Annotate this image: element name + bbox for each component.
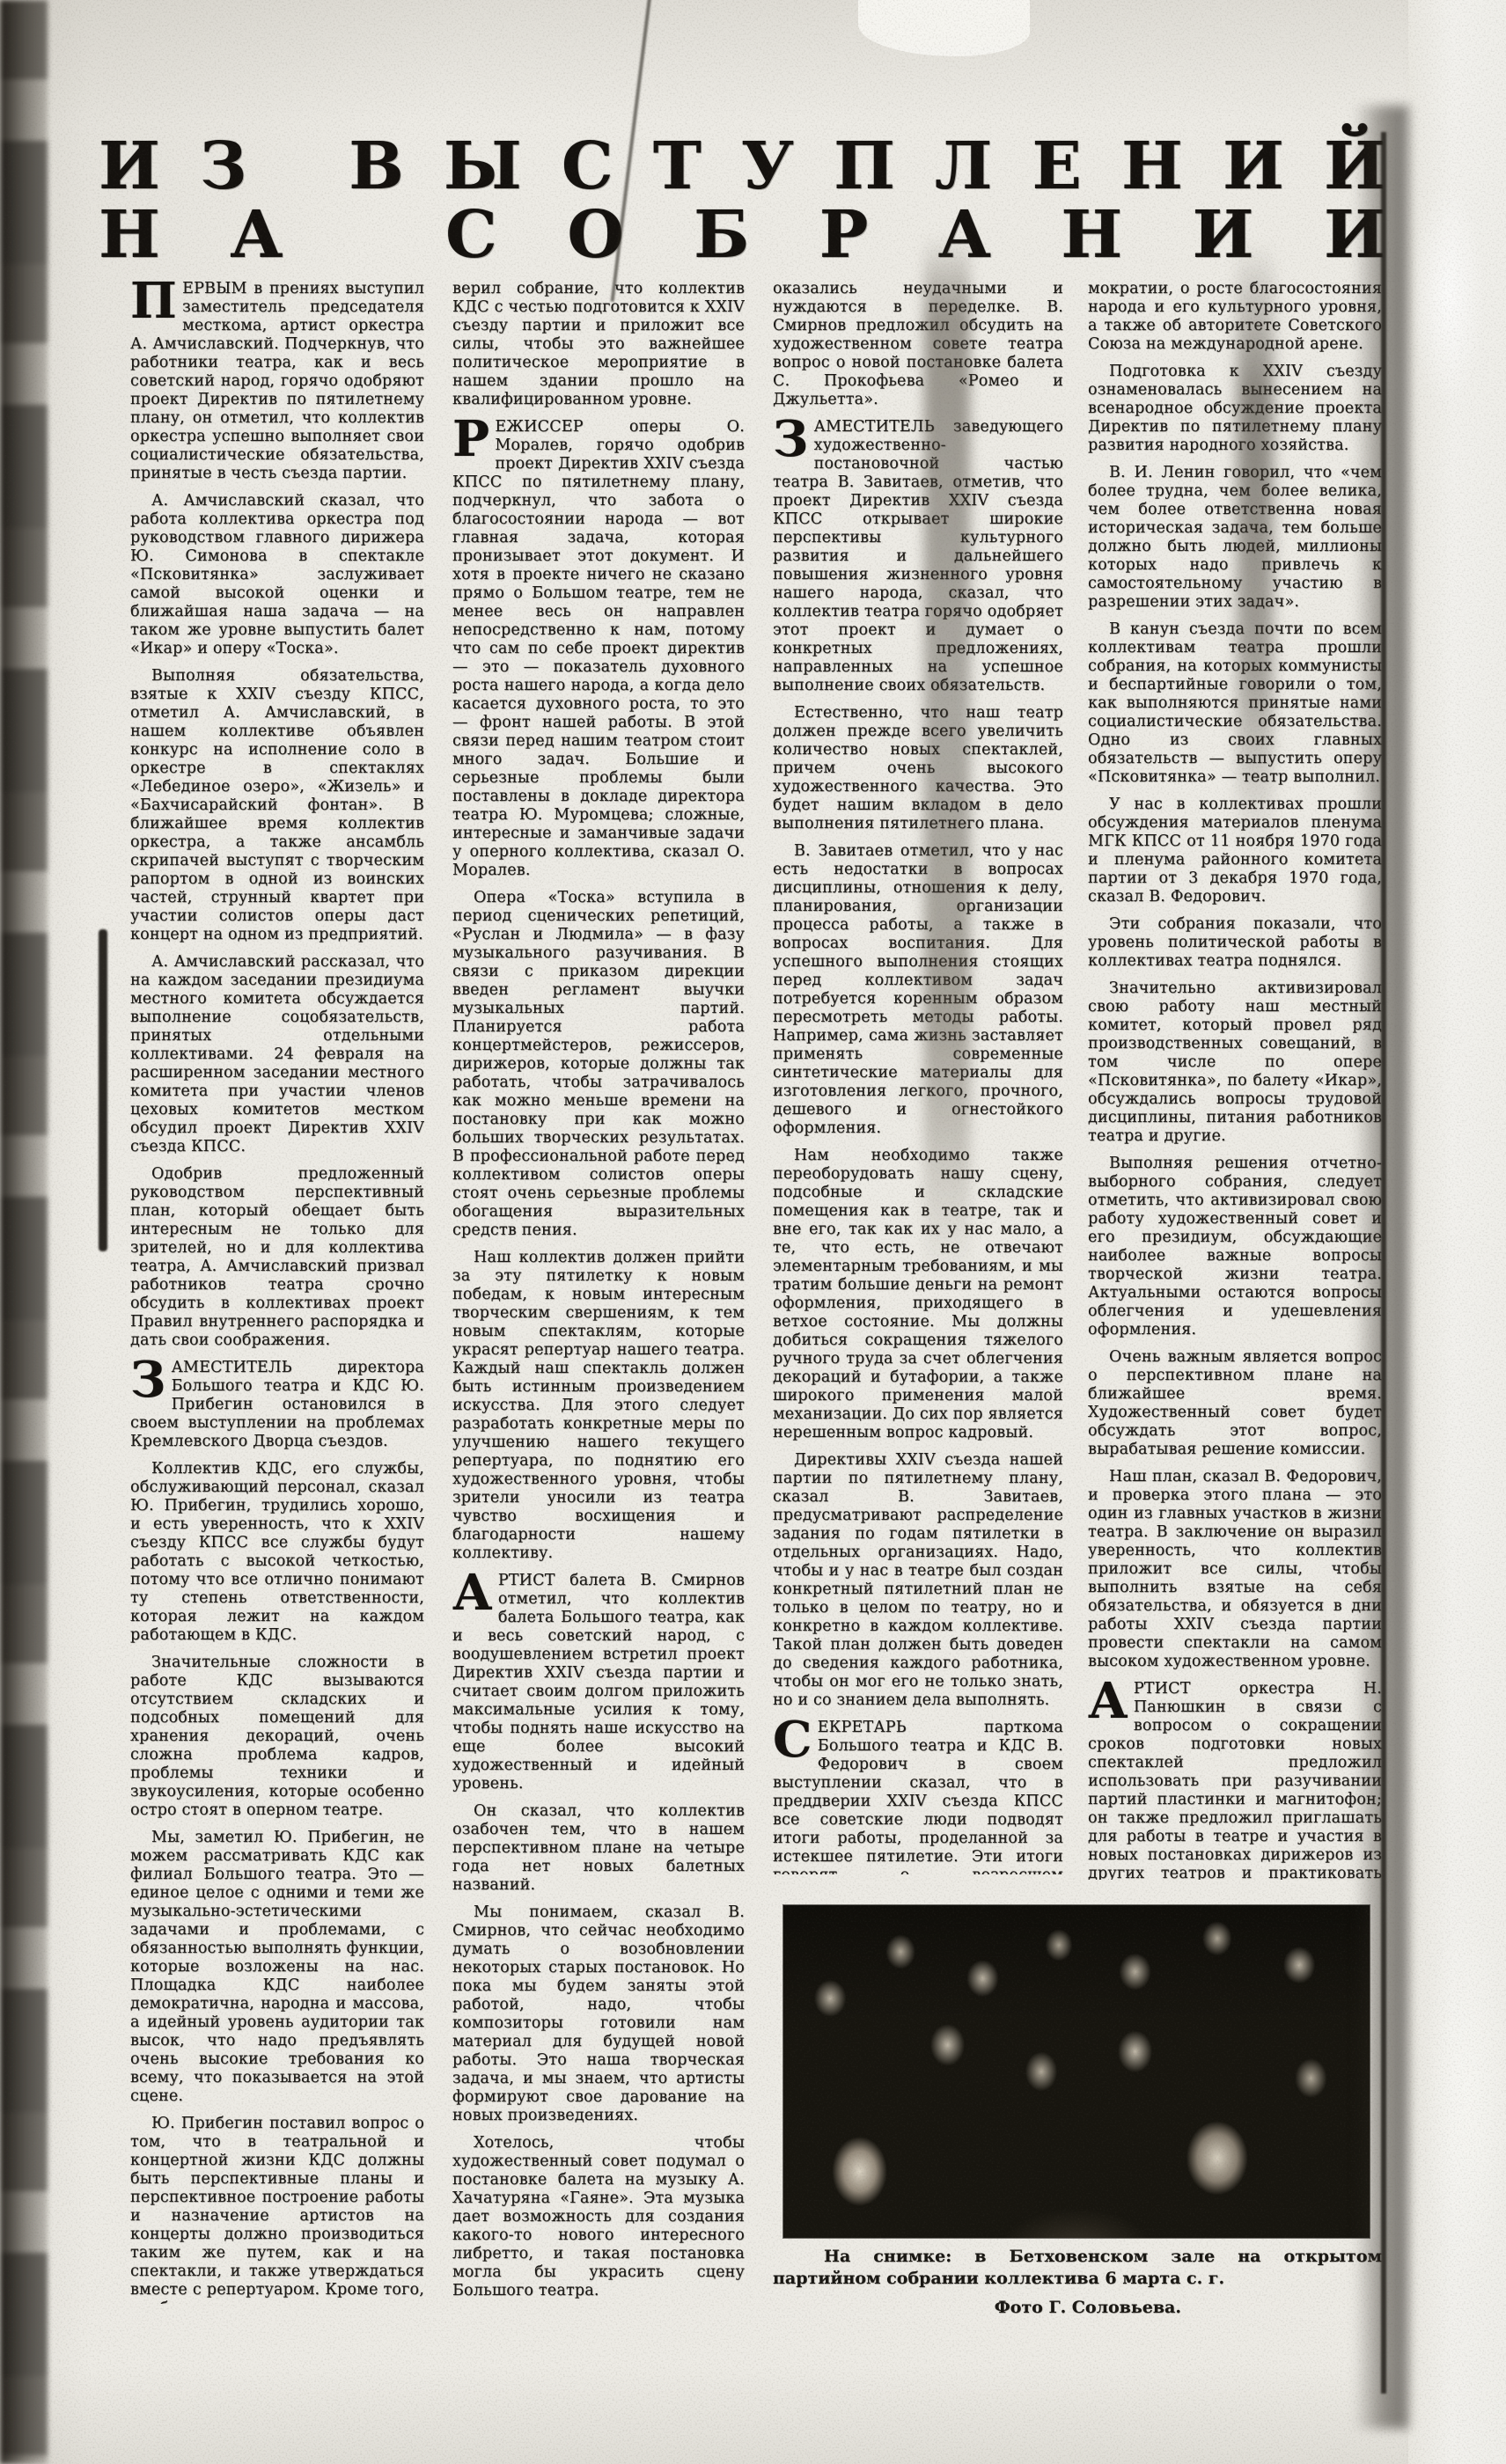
paragraph: А. Амчиславский рассказал, что на каждом… [130,953,424,1156]
paragraph: АРТИСТ балета В. Смирнов отметил, что ко… [452,1572,745,1793]
paragraph: мократии, о росте благосостояния народа … [1088,280,1382,354]
paragraph: Значительные сложности в работе КДС вызы… [130,1654,424,1820]
photo-credit: Фото Г. Соловьева. [773,2297,1181,2319]
paragraph: Значительно активизировал свою работу на… [1088,979,1382,1146]
paragraph: Он сказал, что коллектив озабочен тем, ч… [452,1802,745,1895]
paragraph: оказались неудачными и нуждаются в перед… [773,280,1063,409]
paragraph: В. Завитаев отметил, что у нас есть недо… [773,842,1063,1138]
paragraph: Наш план, сказал В. Федорович, и проверк… [1088,1468,1382,1671]
headline-line-1: ИЗ ВЫСТУПЛЕНИЙ [99,132,1385,201]
paragraph: В канун съезда почти по всем коллективам… [1088,620,1382,787]
paragraph: ЗАМЕСТИТЕЛЬ заведующего художественно-по… [773,418,1063,695]
paragraph: Директивы XXIV съезда нашей партии по пя… [773,1451,1063,1710]
paragraph: Наш коллектив должен прийти за эту пятил… [452,1249,745,1563]
paragraph: АРТИСТ оркестра Н. Панюшкин в связи с во… [1088,1680,1382,1880]
drop-cap: А [452,1572,498,1612]
paragraph: Мы понимаем, сказал В. Смирнов, что сейч… [452,1903,745,2125]
headline-line-2: НА СОБРАНИИ [99,201,1385,269]
photo-caption-block: На снимке: в Бетховенском зале на открыт… [773,2246,1382,2319]
paragraph: Опера «Тоска» вступила в период сценичес… [452,889,745,1240]
drop-cap: Р [452,418,495,458]
paragraph: Ю. Прибегин поставил вопрос о том, что в… [130,2115,424,2304]
paper-tear [858,0,1030,56]
text-column-3: оказались неудачными и нуждаются в перед… [773,280,1063,1874]
paragraph: Очень важным является вопрос о перспекти… [1088,1348,1382,1459]
paragraph: ПЕРВЫМ в прениях выступил заместитель пр… [130,280,424,483]
scan-edge-shadow [0,0,48,2464]
photo-caption: На снимке: в Бетховенском зале на открыт… [773,2246,1382,2290]
paragraph: Хотелось, чтобы художественный совет под… [452,2134,745,2300]
paragraph: Коллектив КДС, его службы, обслуживающий… [130,1460,424,1645]
paragraph: Одобрив предложенный руководством перспе… [130,1165,424,1350]
text-column-1: ПЕРВЫМ в прениях выступил заместитель пр… [130,280,424,2304]
paragraph: Естественно, что наш театр должен прежде… [773,704,1063,833]
paragraph: Мы, заметил Ю. Прибегин, не можем рассма… [130,1829,424,2106]
paragraph: ЗАМЕСТИТЕЛЬ директора Большого театра и … [130,1359,424,1451]
drop-cap: С [773,1719,818,1759]
drop-cap: З [773,418,814,458]
paragraph: Выполняя решения отчетно-выборного собра… [1088,1155,1382,1339]
article-headline: ИЗ ВЫСТУПЛЕНИЙ НА СОБРАНИИ [99,132,1385,269]
paragraph: СЕКРЕТАРЬ парткома Большого театра и КДС… [773,1719,1063,1874]
paragraph: Эти собрания показали, что уровень полит… [1088,915,1382,971]
drop-cap: П [130,280,182,320]
text-column-2: верил собрание, что коллектив КДС с чест… [452,280,745,2304]
paragraph: Нам необходимо также переоборудовать наш… [773,1147,1063,1442]
meeting-audience-photo [783,1905,1370,2238]
text-column-4: мократии, о росте благосостояния народа … [1088,280,1382,1880]
drop-cap: З [130,1359,172,1399]
paragraph: РЕЖИССЕР оперы О. Моралев, горячо одобри… [452,418,745,880]
ink-mark [99,929,107,1251]
paragraph: У нас в коллективах прошли обсуждения ма… [1088,796,1382,906]
paragraph: А. Амчиславский сказал, что работа колле… [130,492,424,658]
paragraph: В. И. Ленин говорил, что «чем более труд… [1088,464,1382,612]
paragraph: Выполняя обязательства, взятые к XXIV съ… [130,667,424,944]
newspaper-page: ИЗ ВЫСТУПЛЕНИЙ НА СОБРАНИИ ПЕРВЫМ в прен… [0,0,1506,2464]
paragraph: верил собрание, что коллектив КДС с чест… [452,280,745,409]
paper-margin [1408,0,1506,2464]
drop-cap: А [1088,1680,1134,1720]
paragraph: Подготовка к XXIV съезду ознаменовалась … [1088,363,1382,455]
